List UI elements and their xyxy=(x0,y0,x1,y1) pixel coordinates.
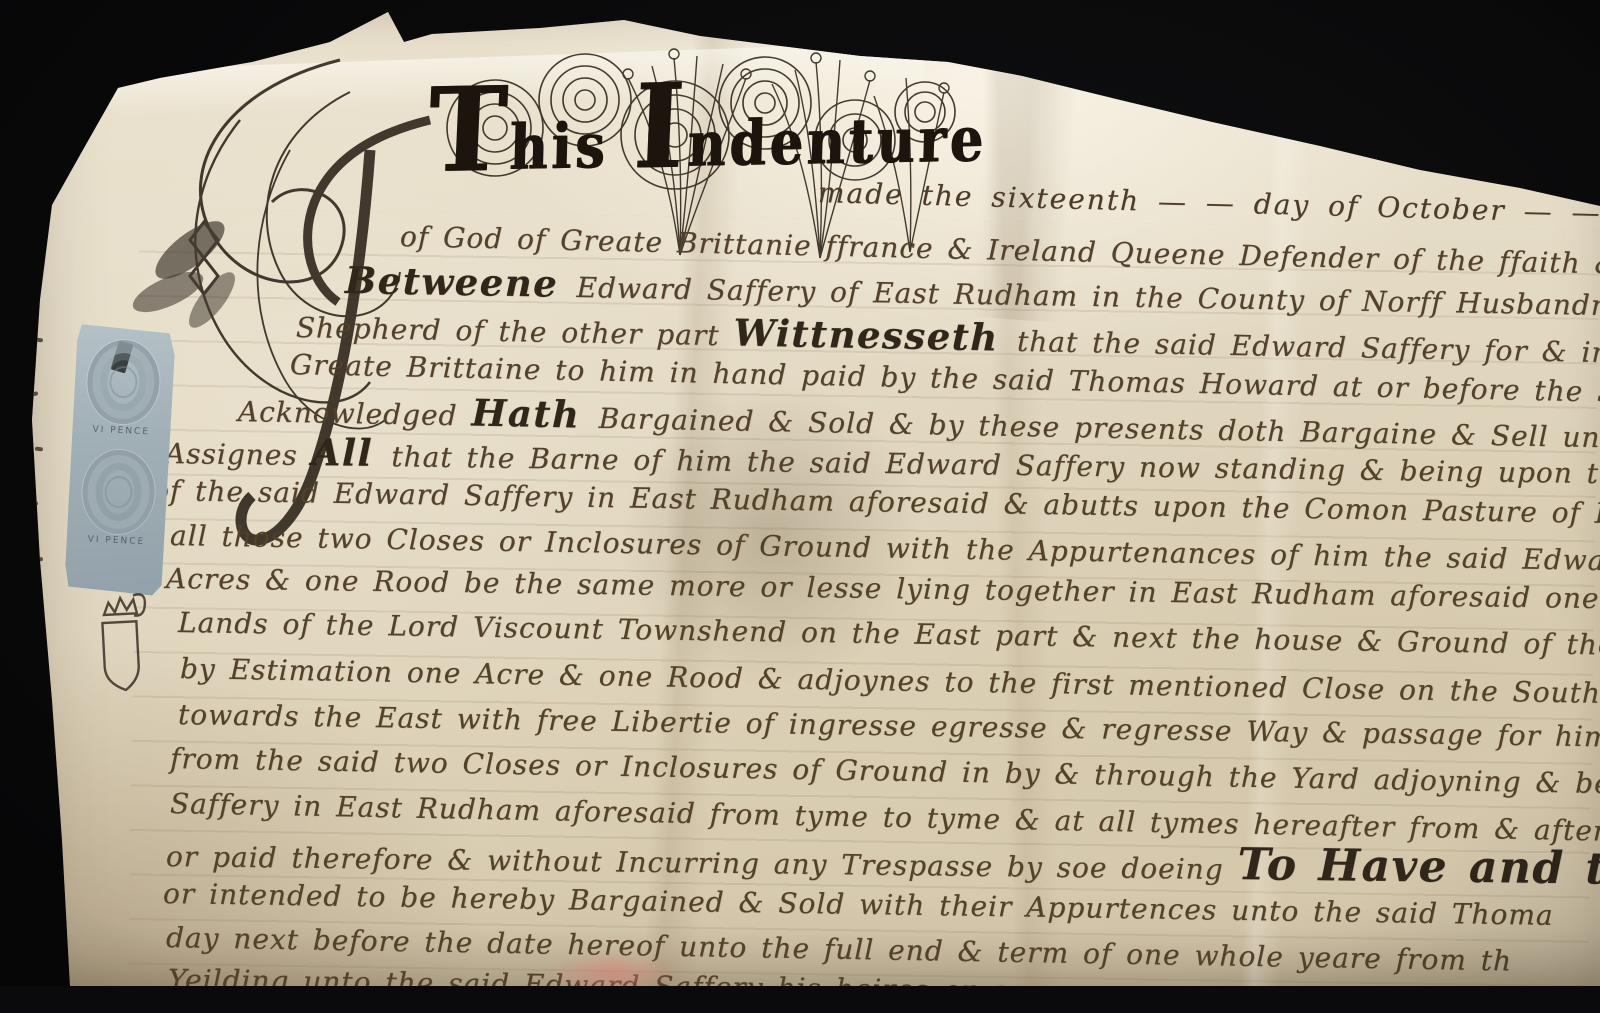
stitch-hole xyxy=(30,720,39,725)
stitch-hole xyxy=(30,830,39,835)
script-text: Acknowledged xyxy=(238,395,472,432)
engrossed-word: To Have and to Ho xyxy=(1237,839,1600,896)
ink-duty-mark xyxy=(89,586,160,719)
stitch-hole xyxy=(35,666,43,670)
engrossed-word: All xyxy=(311,430,391,475)
stitch-hole xyxy=(30,282,39,287)
stitch-hole xyxy=(35,885,43,889)
stitch-holes xyxy=(30,228,52,944)
stitch-hole xyxy=(30,501,39,506)
stitch-hole xyxy=(30,939,39,944)
blackletter-text: his xyxy=(509,110,610,185)
stitch-hole xyxy=(35,447,43,451)
photo-backdrop: T his I ndenture made the sixteenth — — … xyxy=(0,0,1600,986)
stitch-hole xyxy=(35,228,43,232)
embossed-seal xyxy=(86,339,162,426)
parchment-document: T his I ndenture made the sixteenth — — … xyxy=(0,0,1600,986)
stamp-value-text: VI PENCE xyxy=(66,534,166,548)
stitch-hole xyxy=(35,776,43,780)
stitch-hole xyxy=(30,391,39,396)
engrossed-word: Betweene xyxy=(345,258,577,306)
initial-letter-T: T xyxy=(425,71,508,189)
opening-words: T his I ndenture xyxy=(427,69,987,183)
revenue-stamp: VI PENCE VI PENCE xyxy=(64,324,176,596)
embossed-seal xyxy=(81,448,157,535)
engrossed-word: Hath xyxy=(471,390,599,436)
stitch-hole xyxy=(35,337,43,341)
script-text: that the said Edward Saffery for & in Co… xyxy=(1017,325,1600,371)
stamp-value-text: VI PENCE xyxy=(71,424,171,438)
stitch-hole xyxy=(30,611,39,616)
stitch-hole xyxy=(35,556,43,560)
script-text: Assignes xyxy=(165,437,312,472)
heading-date-line: made the sixteenth — — day of October — … xyxy=(818,176,1600,234)
script-text: Shepherd of the other part xyxy=(296,311,734,352)
red-smudge xyxy=(548,952,678,986)
initial-letter-I: I xyxy=(632,68,686,185)
engrossed-word: Wittnesseth xyxy=(733,310,1017,359)
blackletter-text: ndenture xyxy=(686,103,987,181)
